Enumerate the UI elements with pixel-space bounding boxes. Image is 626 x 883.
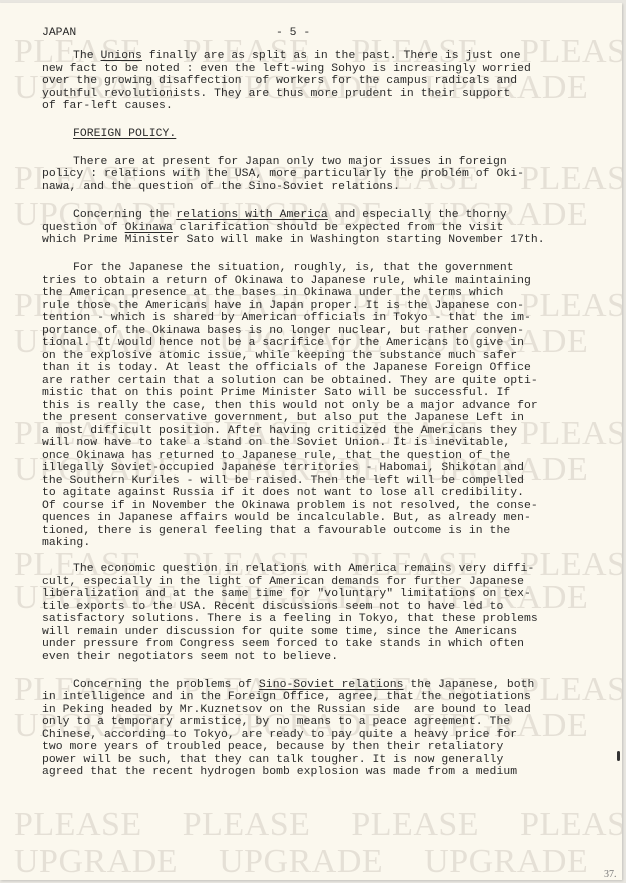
paragraph-line: will remain under discussion for quite s… [42, 626, 517, 639]
paragraph-line: Concerning the relations with America an… [73, 209, 507, 222]
paragraph-line: illegally Soviet-occupied Japanese terri… [42, 462, 524, 475]
paragraph-line: tioned, there is general feeling that a … [42, 525, 510, 538]
paragraph-line: liberalization and at the same time for … [42, 588, 531, 601]
paragraph-line: making. [42, 537, 90, 550]
paragraph-line: mistic that on this point Prime Minister… [42, 387, 510, 400]
paragraph-line: Chinese, according to Tokyo, are ready t… [42, 729, 517, 742]
paragraph-line: the present conservative government, but… [42, 412, 524, 425]
paragraph-line: even their negotiators seem not to belie… [42, 651, 338, 664]
paragraph-line: under pressure from Congress seem forced… [42, 638, 524, 651]
paragraph-line: in intelligence and in the Foreign Offic… [42, 691, 531, 704]
paragraph-line: Concerning the problems of Sino-Soviet r… [73, 679, 534, 692]
margin-mark [617, 751, 620, 761]
paragraph-line: the Southern Kuriles - will be raised. T… [42, 475, 524, 488]
underlined-term: Sino-Soviet relations [259, 679, 404, 691]
paragraph-line: two more years of troubled peace, becaus… [42, 741, 503, 754]
paragraph-line: portance of the Okinawa bases is no long… [42, 325, 524, 338]
paragraph-line: over the growing disaffection of workers… [42, 75, 517, 88]
paragraph-line: satisfactory solutions. There is a feeli… [42, 613, 538, 626]
paragraph-line: than it is today. At least the officials… [42, 362, 531, 375]
paragraph-line: For the Japanese the situation, roughly,… [73, 262, 514, 275]
paragraph-line: this is really the case, then this would… [42, 400, 538, 413]
paragraph-line: tional. It would hence not be a sacrific… [42, 337, 524, 350]
paragraph-line: policy : relations with the USA, more pa… [42, 168, 524, 181]
paragraph-line: power will be such, that they can talk t… [42, 754, 503, 767]
paragraph-line: quences in Japanese affairs would be inc… [42, 512, 531, 525]
paragraph-line: agreed that the recent hydrogen bomb exp… [42, 766, 517, 779]
underlined-term: relations with America [176, 209, 327, 221]
paragraph-line: a most difficult position. After having … [42, 425, 517, 438]
paragraph-line: tile exports to the USA. Recent discussi… [42, 601, 503, 614]
underlined-term: Unions [101, 50, 142, 62]
paragraph-line: nawa, and the question of the Sino-Sovie… [42, 181, 400, 194]
paragraph-line: tries to obtain a return of Okinawa to J… [42, 275, 531, 288]
paragraph-line: Of course if in November the Okinawa pro… [42, 500, 538, 513]
page-number: - 5 - [276, 27, 310, 39]
section-heading: FOREIGN POLICY. [73, 128, 176, 141]
paragraph-line: to agitate against Russia if it does not… [42, 487, 524, 500]
paragraph-line: The Unions finally are as split as in th… [73, 50, 521, 63]
paragraph-line: The economic question in relations with … [73, 563, 534, 576]
paragraph-line: rule those the Americans have in Japan p… [42, 300, 524, 313]
paragraph-line: the American presence at the bases in Ok… [42, 287, 503, 300]
header-country: JAPAN [42, 27, 76, 39]
paragraph-line: in Peking headed by Mr.Kuznetsov on the … [42, 704, 531, 717]
paragraph-line: which Prime Minister Sato will make in W… [42, 234, 545, 247]
paragraph-line: of far-left causes. [42, 100, 173, 113]
paragraph-line: new fact to be noted : even the left-win… [42, 63, 531, 76]
archive-number: 37. [604, 869, 617, 880]
paragraph-line: cult, especially in the light of America… [42, 576, 524, 589]
paragraph-line: on the explosive atomic issue, while kee… [42, 350, 517, 363]
paragraph-line: question of Okinawa clarification should… [42, 222, 503, 235]
document-body: JAPAN - 5 - The Unions finally are as sp… [0, 3, 622, 880]
paragraph-line: youthful revolutionists. They are thus m… [42, 88, 510, 101]
paragraph-line: There are at present for Japan only two … [73, 156, 507, 169]
paragraph-line: are rather certain that a solution can b… [42, 375, 538, 388]
paragraph-line: will now have to take a stand on the Sov… [42, 437, 510, 450]
paragraph-line: tention - which is shared by American of… [42, 312, 531, 325]
document-page: PLEASE PLEASE PLEASE PLEASE PLEASE UPGRA… [0, 3, 622, 880]
paragraph-line: only to a temporary armistice, by no mea… [42, 716, 510, 729]
paragraph-line: once Okinawa has returned to Japanese ru… [42, 450, 510, 463]
underlined-term: Okinawa [125, 222, 173, 234]
